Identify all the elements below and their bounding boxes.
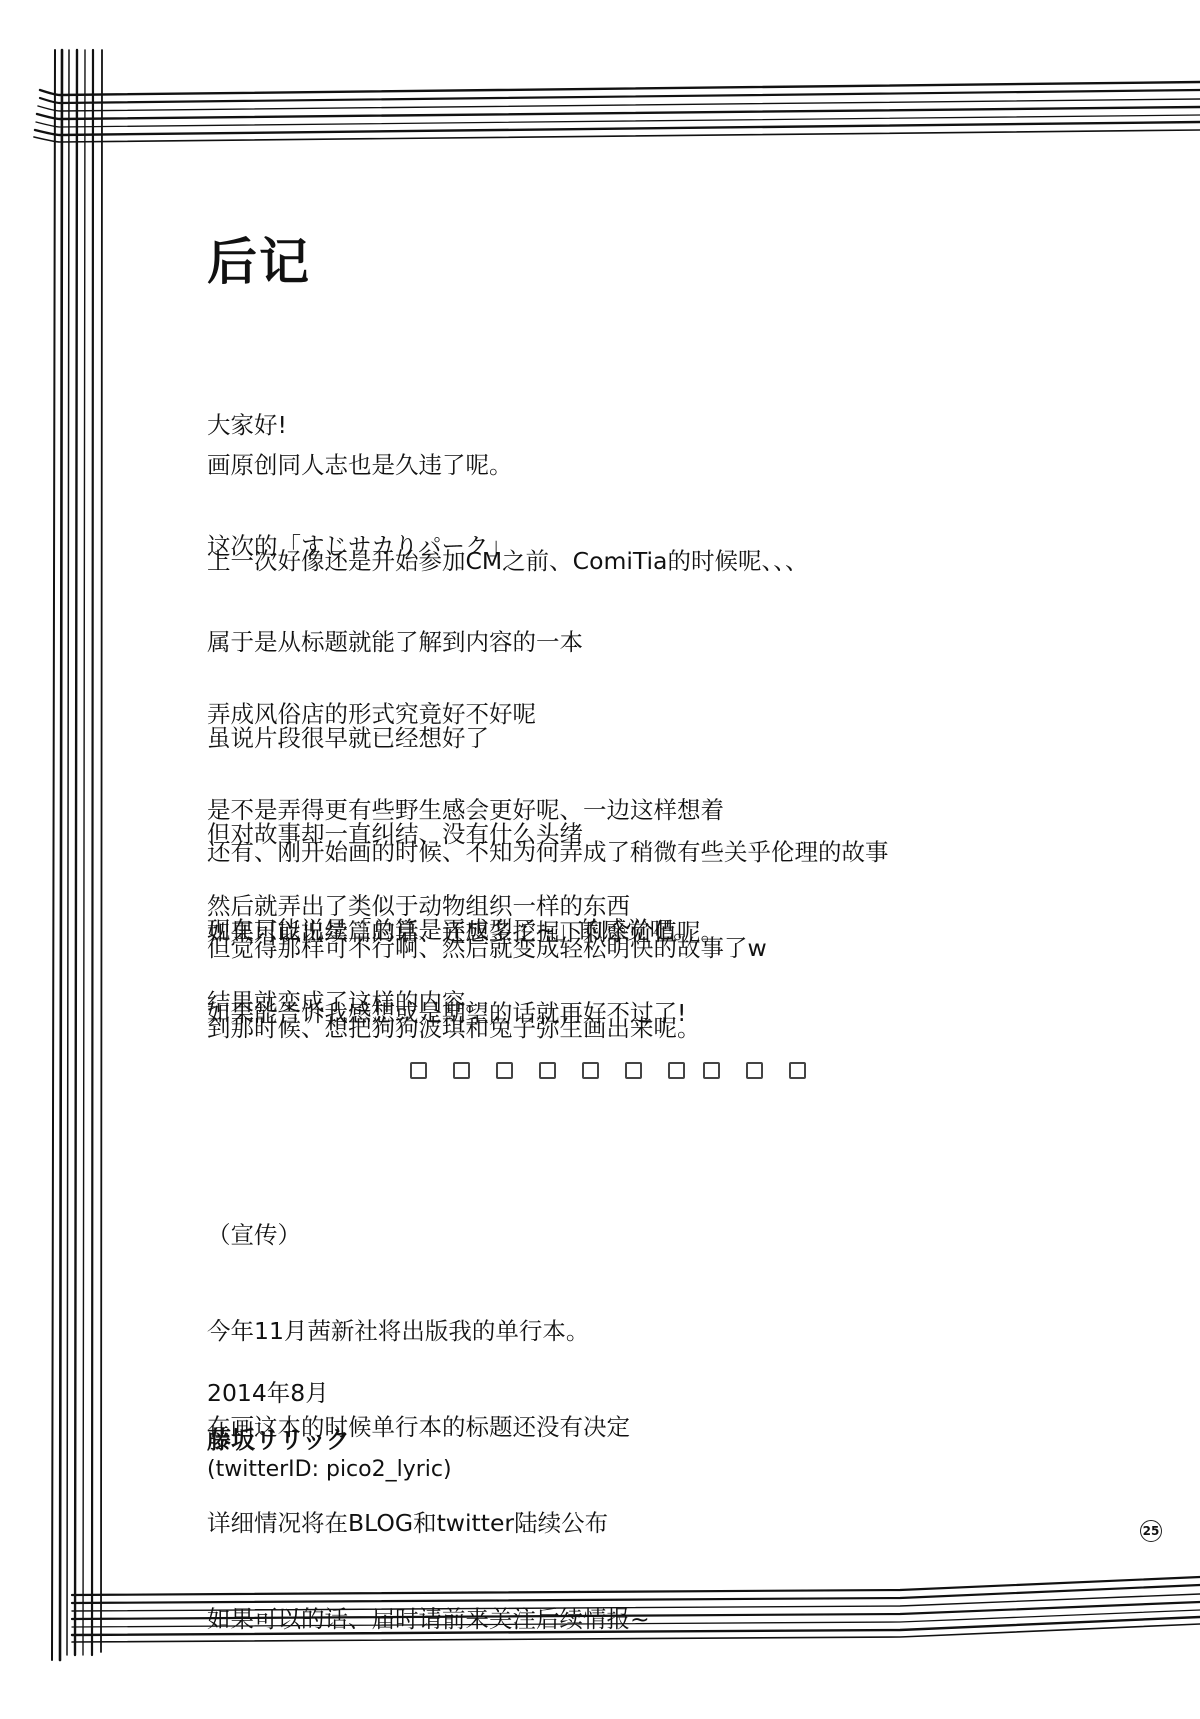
placeholder-box-row [410,1062,832,1079]
empty-box-glyph [746,1062,763,1079]
promotion-heading: （宣传） [207,1219,650,1251]
page-title: 后记 [207,232,311,292]
empty-box-glyph [410,1062,427,1079]
page-number: 25 [1140,1520,1162,1542]
empty-box-glyph [789,1062,806,1079]
empty-box-glyph [496,1062,513,1079]
empty-box-glyph [453,1062,470,1079]
promotion-section: （宣传） 今年11月茜新社将出版我的单行本。 在画这本的时候单行本的标题还没有决… [207,1155,650,1667]
empty-box-glyph [703,1062,720,1079]
author-name: 藤坂リリック [207,1424,350,1456]
empty-box-glyph [582,1062,599,1079]
text-line: 如果可以的话、届时请前来关注后续情报~ [207,1603,650,1635]
text-line: 详细情况将在BLOG和twitter陆续公布 [207,1507,650,1539]
text-line: 如果能告诉我感想或是期望的话就再好不过了! [207,997,686,1029]
author-twitter-id: (twitterID: pico2_lyric) [207,1456,452,1484]
empty-box-glyph [668,1062,685,1079]
signature-date: 2014年8月 [207,1378,329,1408]
text-line: 今年11月茜新社将出版我的单行本。 [207,1315,650,1347]
paragraph-feedback: 如果能告诉我感想或是期望的话就再好不过了! [207,933,686,1061]
empty-box-glyph [539,1062,556,1079]
text-line: 弄成风俗店的形式究竟好不好呢 [207,698,724,730]
empty-box-glyph [625,1062,642,1079]
text-line: 这次的「すじサカりパーク」 [207,530,697,562]
